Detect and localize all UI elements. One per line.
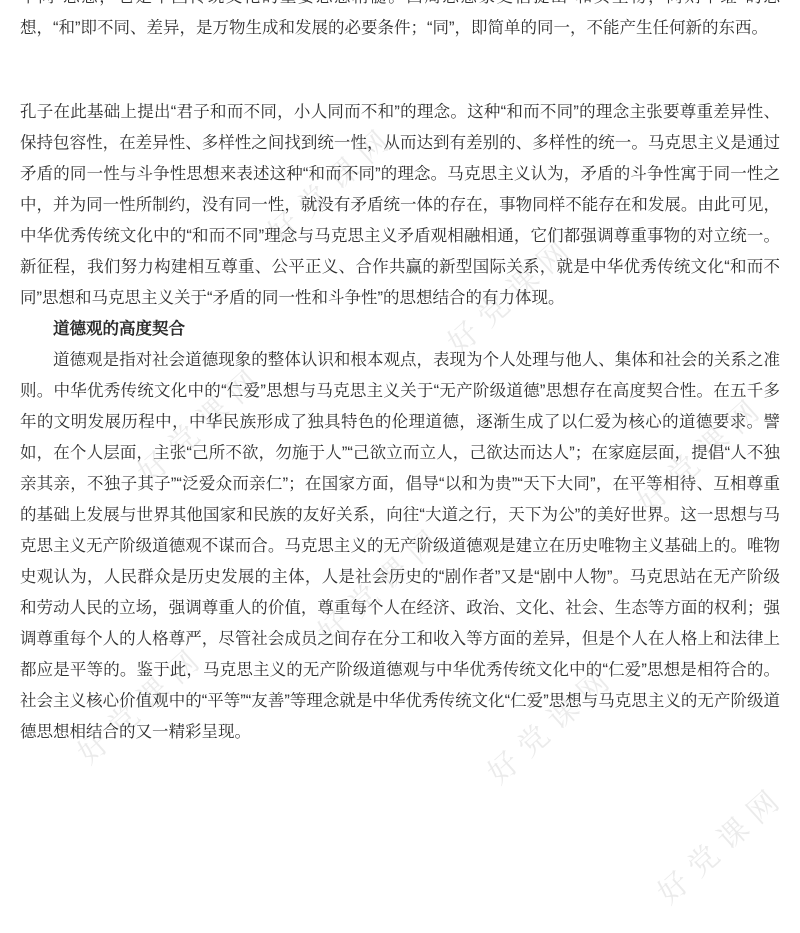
document-page: 好党课网 好党课网 好党课网 好党课网 好党课网 好党课网 好党课网 好党课网 … xyxy=(0,0,800,933)
document-content: 不同”思想，它是中国传统文化的重要思想精髓。西周思想家史伯提出“和实生物，同则不… xyxy=(0,0,800,748)
paragraph-he-er-bu-tong: 孔子在此基础上提出“君子和而不同，小人同而不和”的理念。这种“和而不同”的理念主… xyxy=(20,97,780,314)
section-heading-daodeguan: 道德观的高度契合 xyxy=(20,314,780,345)
paragraph-daodeguan: 道德观是指对社会道德现象的整体认识和根本观点，表现为个人处理与他人、集体和社会的… xyxy=(20,345,780,748)
watermark-text: 好党课网 xyxy=(646,772,794,912)
paragraph-he-shi-sheng-wu: 不同”思想，它是中国传统文化的重要思想精髓。西周思想家史伯提出“和实生物，同则不… xyxy=(20,0,780,44)
